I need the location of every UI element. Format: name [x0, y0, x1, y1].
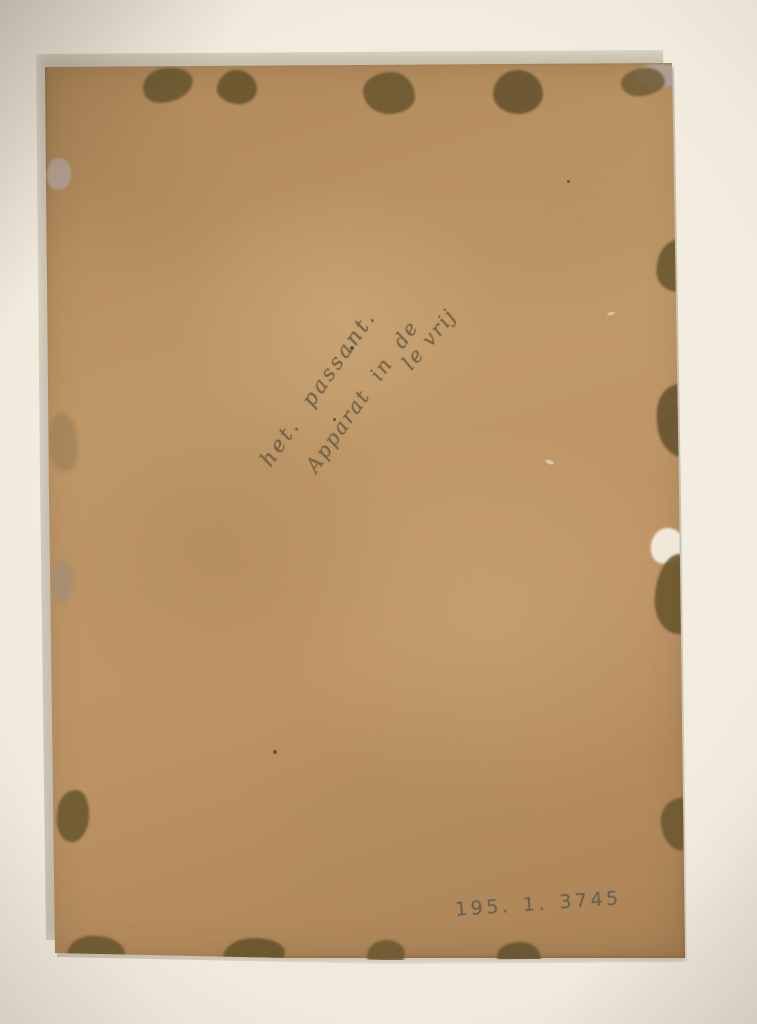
residue-patch-left-2: [51, 560, 73, 602]
glue-stain-bottom-1: [222, 936, 286, 973]
glue-stain-bottom-2: [367, 940, 405, 970]
artwork-verso-photograph: het. passant. Apparat in de le vrij 195.…: [0, 0, 757, 1024]
residue-patch-top-right: [634, 63, 683, 89]
faded-stain-left: [47, 413, 79, 473]
paper-verso: het. passant. Apparat in de le vrij 195.…: [45, 62, 685, 958]
handwritten-inscription: het. passant. Apparat in de le vrij: [45, 62, 685, 958]
fiber-fleck-1: [545, 459, 555, 466]
catalog-number: 195. 1. 3745: [454, 887, 622, 921]
inscription-line-1: het. passant.: [255, 305, 381, 471]
speck-4: [567, 180, 570, 183]
residue-patch-left-1: [47, 158, 71, 190]
speck-2: [333, 418, 336, 421]
speck-1: [350, 346, 354, 350]
fiber-fleck-2: [607, 311, 616, 316]
glue-stain-top-4: [493, 70, 543, 114]
speck-3: [273, 750, 277, 754]
glue-stain-right-3: [653, 553, 705, 635]
glue-stain-top-2: [216, 68, 259, 105]
inscription-line-3: le vrij: [397, 304, 462, 375]
glue-stain-top-1: [141, 65, 195, 106]
glue-stain-bottom-3: [496, 941, 541, 973]
glue-stain-right-1: [654, 236, 703, 294]
glue-stain-right-4: [658, 796, 703, 852]
glue-stain-top-right: [620, 66, 666, 98]
glue-stain-left: [55, 789, 91, 844]
inscription-line-2: Apparat in de: [301, 315, 424, 476]
glue-stain-top-3: [363, 72, 415, 114]
